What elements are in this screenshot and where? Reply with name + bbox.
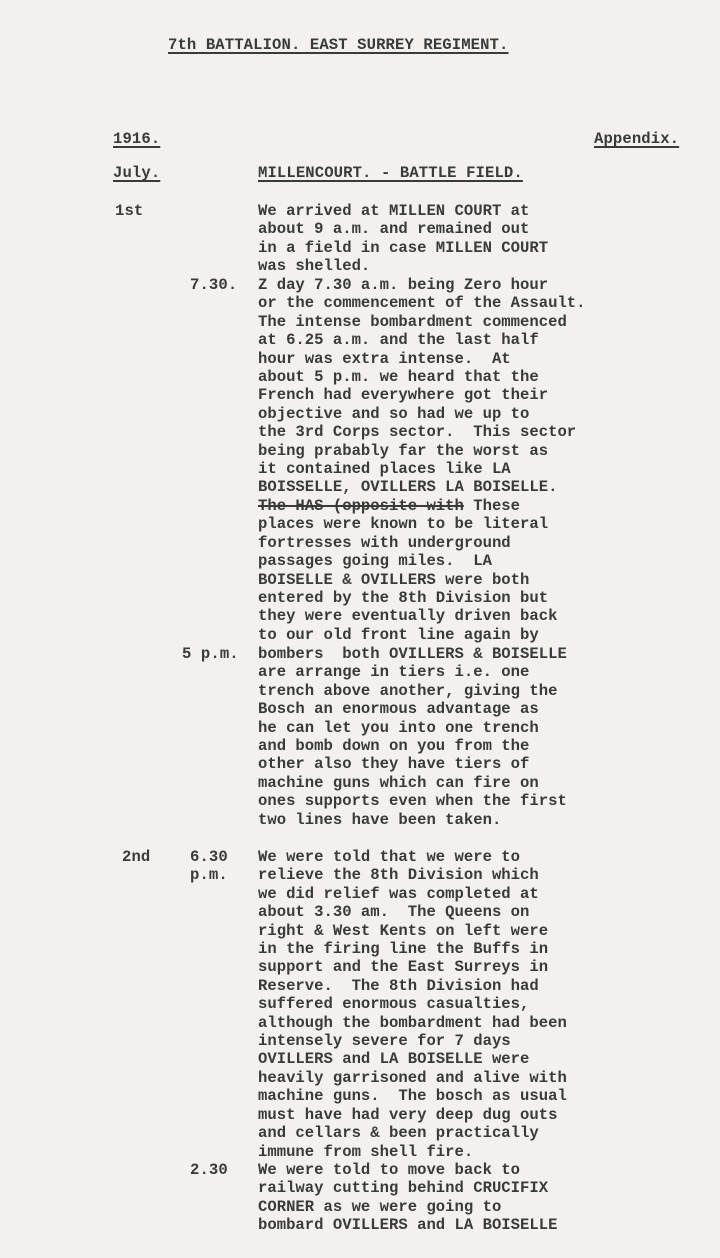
entry-day-1st: 1st	[115, 202, 143, 220]
text-line: was shelled.	[258, 257, 548, 275]
document-title: 7th BATTALION. EAST SURREY REGIMENT.	[168, 36, 508, 54]
text-line: passages going miles. LA	[258, 552, 586, 570]
text-line: he can let you into one trench	[258, 719, 567, 737]
text-line: the 3rd Corps sector. This sector	[258, 423, 586, 441]
text-line: and bomb down on you from the	[258, 737, 567, 755]
struck-out-text: The HAS (opposite with	[258, 497, 464, 515]
text-line: Z day 7.30 a.m. being Zero hour	[258, 276, 586, 294]
entry-time-230: 2.30	[190, 1161, 228, 1179]
text-line: they were eventually driven back	[258, 607, 586, 625]
text-line: although the bombardment had been	[258, 1014, 567, 1032]
text-line: about 9 a.m. and remained out	[258, 220, 548, 238]
text-line: bombers both OVILLERS & BOISELLE	[258, 645, 567, 663]
text-line: about 5 p.m. we heard that the	[258, 368, 586, 386]
text-line: in the firing line the Buffs in	[258, 940, 567, 958]
text-line: fortresses with underground	[258, 534, 586, 552]
text-line: entered by the 8th Division but	[258, 589, 586, 607]
text-line: intensely severe for 7 days	[258, 1032, 567, 1050]
text-line: Reserve. The 8th Division had	[258, 977, 567, 995]
text-line: CORNER as we were going to	[258, 1198, 557, 1216]
text-line: machine guns which can fire on	[258, 774, 567, 792]
entry-day-2nd: 2nd	[122, 848, 150, 866]
text-line: bombard OVILLERS and LA BOISELLE	[258, 1216, 557, 1234]
entry-time-630: 6.30	[190, 848, 228, 866]
year-label: 1916.	[113, 130, 160, 148]
text-line: railway cutting behind CRUCIFIX	[258, 1179, 557, 1197]
location-heading: MILLENCOURT. - BATTLE FIELD.	[258, 164, 523, 182]
text-line: to our old front line again by	[258, 626, 586, 644]
text-line: objective and so had we up to	[258, 405, 586, 423]
entry-time-pm: p.m.	[190, 866, 228, 884]
entry-2-block-1: We were told that we were to relieve the…	[258, 848, 567, 1161]
text-line: immune from shell fire.	[258, 1143, 567, 1161]
text-line: trench above another, giving the	[258, 682, 567, 700]
text-line: relieve the 8th Division which	[258, 866, 567, 884]
typed-document-page: 7th BATTALION. EAST SURREY REGIMENT. 191…	[0, 0, 720, 1258]
text-line: places were known to be literal	[258, 515, 586, 533]
text-line: at 6.25 a.m. and the last half	[258, 331, 586, 349]
entry-time-730: 7.30.	[190, 276, 237, 294]
entry-1-block-3: bombers both OVILLERS & BOISELLE are arr…	[258, 645, 567, 829]
entry-1-block-2: Z day 7.30 a.m. being Zero hour or the c…	[258, 276, 586, 644]
text-line: right & West Kents on left were	[258, 922, 567, 940]
text-line: or the commencement of the Assault.	[258, 294, 586, 312]
text-line: being prabably far the worst as	[258, 442, 586, 460]
text-line: hour was extra intense. At	[258, 350, 586, 368]
text-line: must have had very deep dug outs	[258, 1106, 567, 1124]
text-line: OVILLERS and LA BOISELLE were	[258, 1050, 567, 1068]
text-line: support and the East Surreys in	[258, 958, 567, 976]
entry-2-block-2: We were told to move back to railway cut…	[258, 1161, 557, 1235]
text-line: heavily garrisoned and alive with	[258, 1069, 567, 1087]
text-line: ones supports even when the first	[258, 792, 567, 810]
text-line: we did relief was completed at	[258, 885, 567, 903]
text-line: it contained places like LA	[258, 460, 586, 478]
text-line: in a field in case MILLEN COURT	[258, 239, 548, 257]
text-line: The intense bombardment commenced	[258, 313, 586, 331]
text-line: two lines have been taken.	[258, 811, 567, 829]
text-line: We arrived at MILLEN COURT at	[258, 202, 548, 220]
entry-time-5pm: 5 p.m.	[182, 645, 239, 663]
text-line: suffered enormous casualties,	[258, 995, 567, 1013]
text-line: French had everywhere got their	[258, 386, 586, 404]
text-line: BOISSELLE, OVILLERS LA BOISELLE.	[258, 478, 586, 496]
struck-line: The HAS (opposite with These	[258, 497, 586, 515]
text-line: We were told that we were to	[258, 848, 567, 866]
text-line: Bosch an enormous advantage as	[258, 700, 567, 718]
entry-1-block-1: We arrived at MILLEN COURT at about 9 a.…	[258, 202, 548, 276]
text-line: We were told to move back to	[258, 1161, 557, 1179]
text-line: about 3.30 am. The Queens on	[258, 903, 567, 921]
text-line: and cellars & been practically	[258, 1124, 567, 1142]
text-line: other also they have tiers of	[258, 755, 567, 773]
appendix-label: Appendix.	[594, 130, 679, 148]
text-line: machine guns. The bosch as usual	[258, 1087, 567, 1105]
text-line: BOISELLE & OVILLERS were both	[258, 571, 586, 589]
text-line: are arrange in tiers i.e. one	[258, 663, 567, 681]
text-fragment: These	[464, 497, 520, 515]
month-label: July.	[113, 164, 160, 182]
